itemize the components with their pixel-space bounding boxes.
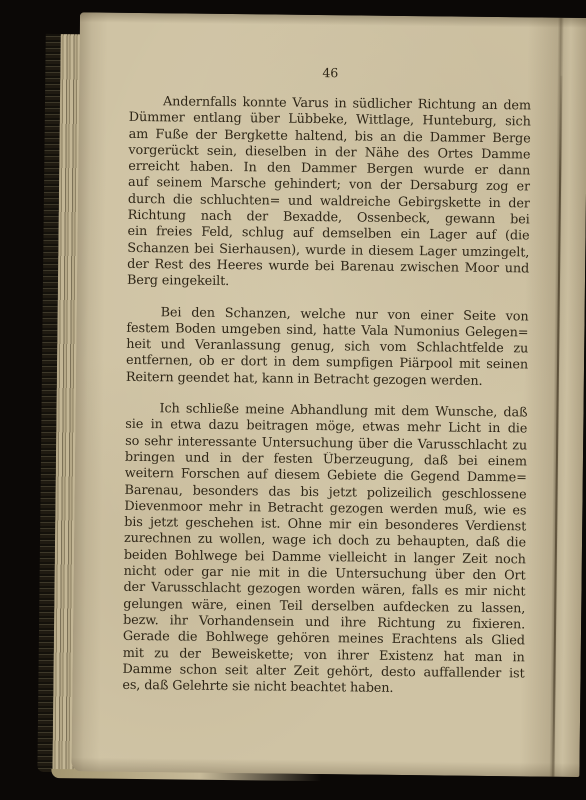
gutter-crease — [552, 76, 562, 777]
text-block: 46 Andernfalls konnte Varus in südlicher… — [122, 63, 531, 699]
paragraph: Ich schließe meine Abhandlung mit dem Wu… — [122, 401, 527, 699]
paragraphs: Andernfalls konnte Varus in südlicher Ri… — [122, 94, 531, 699]
paragraph: Bei den Schanzen, welche nur von einer S… — [126, 304, 529, 390]
book: 46 Andernfalls konnte Varus in südlicher… — [37, 12, 586, 784]
page-number: 46 — [129, 63, 531, 84]
paragraph: Andernfalls konnte Varus in südlicher Ri… — [127, 94, 531, 294]
book-scan-photo: 46 Andernfalls konnte Varus in südlicher… — [0, 0, 586, 800]
text-line: Reitern geendet hat, kann in Betracht ge… — [126, 370, 528, 391]
book-page: 46 Andernfalls konnte Varus in südlicher… — [71, 12, 586, 777]
